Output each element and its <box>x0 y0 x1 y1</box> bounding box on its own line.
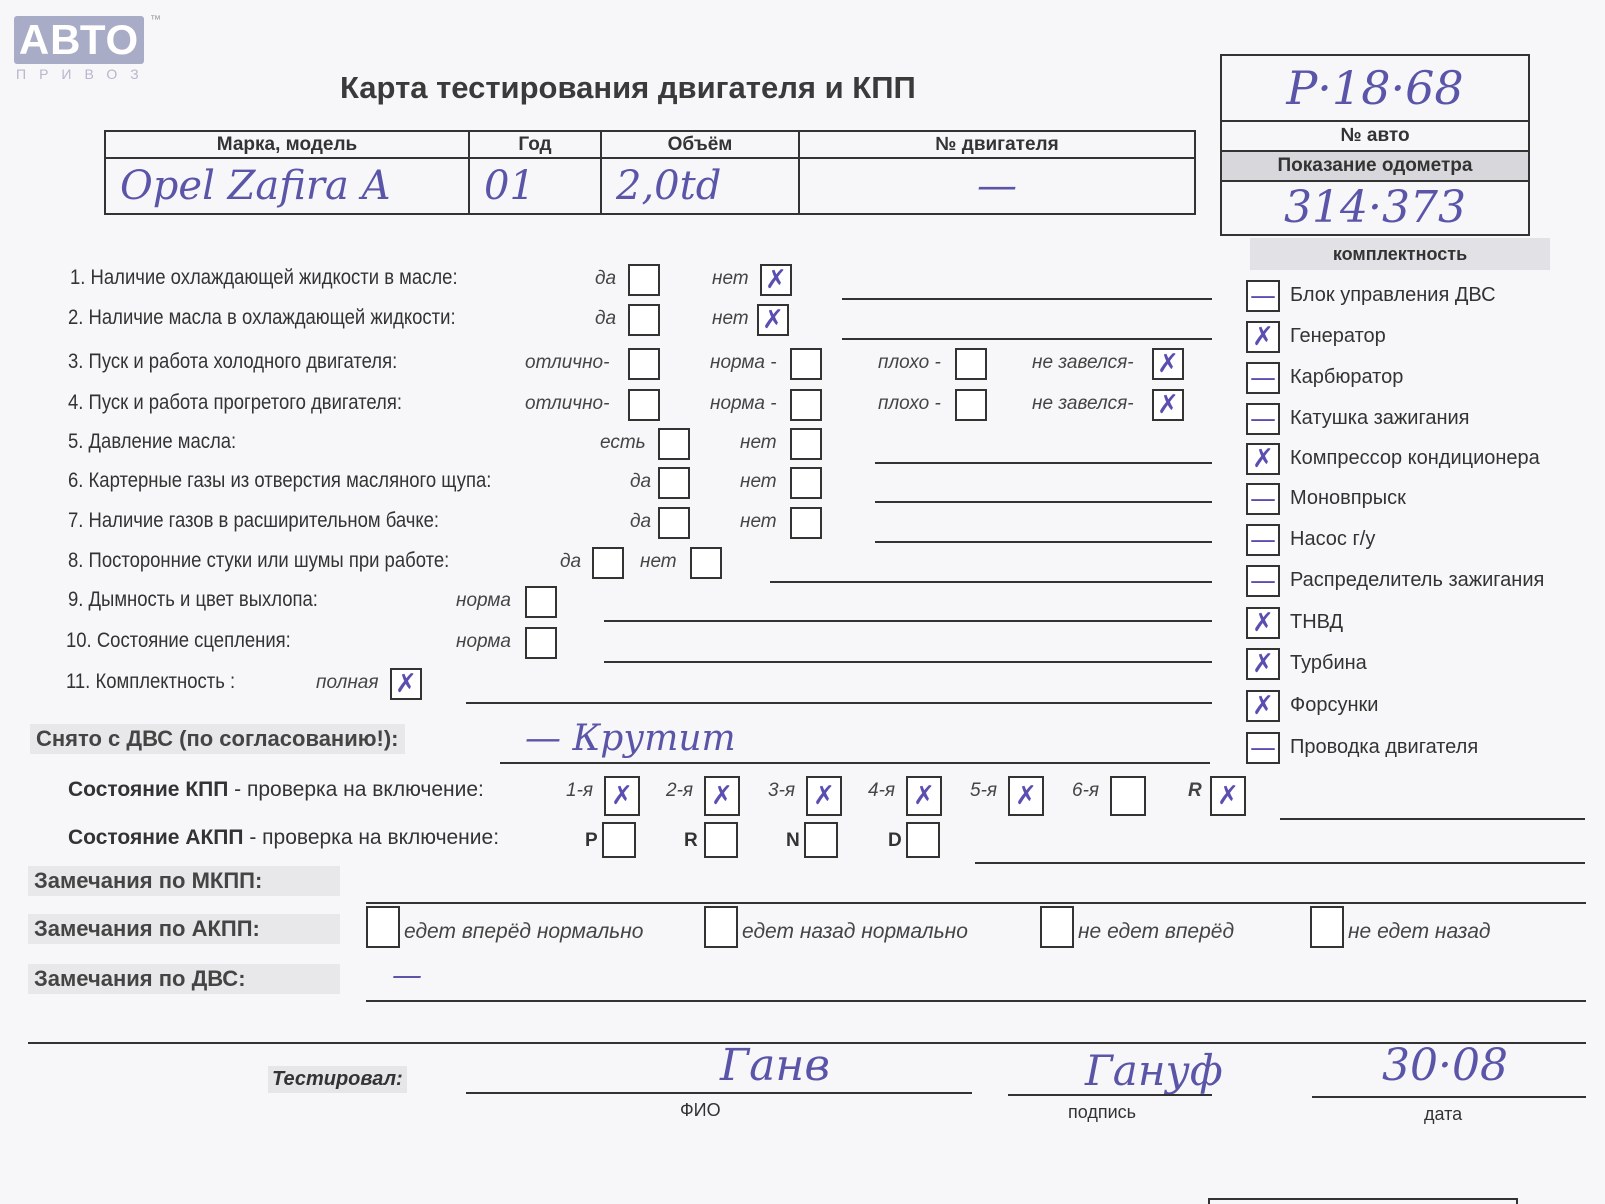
akpp-remark-label: едет назад нормально <box>742 920 968 944</box>
kpp-line <box>1280 818 1585 820</box>
question-3-checkbox[interactable] <box>628 348 660 380</box>
question-10-text: 10. Состояние сцепления: <box>66 629 291 653</box>
removed-line <box>500 762 1210 764</box>
question-7-checkbox[interactable] <box>790 507 822 539</box>
question-7-notes-line[interactable] <box>875 541 1212 543</box>
komplektnost-checkbox[interactable]: — <box>1246 362 1280 394</box>
question-3-option-label: не завелся- <box>1032 352 1134 374</box>
question-4-option-label: не завелся- <box>1032 393 1134 415</box>
question-2-checkbox[interactable]: ✗ <box>757 304 789 336</box>
question-5-notes-line[interactable] <box>875 462 1212 464</box>
year-value[interactable]: 01 <box>469 158 601 214</box>
question-6-option-label: да <box>630 471 651 493</box>
akpp-mode-P-checkbox[interactable] <box>602 822 636 858</box>
question-11-notes-line[interactable] <box>466 702 1212 704</box>
komplektnost-checkbox[interactable]: — <box>1246 565 1280 597</box>
question-3-checkbox[interactable] <box>790 348 822 380</box>
komplektnost-checkbox[interactable]: — <box>1246 732 1280 764</box>
akpp-label: Состояние АКПП - проверка на включение: <box>68 826 499 850</box>
question-2-notes-line[interactable] <box>842 338 1212 340</box>
auto-number-box: P·18·68 № авто Показание одометра 314·37… <box>1220 54 1530 236</box>
odometer-label: Показание одометра <box>1222 152 1528 182</box>
akpp-remark-checkbox[interactable] <box>1040 906 1074 948</box>
question-6-notes-line[interactable] <box>875 501 1212 503</box>
tested-label: Тестировал: <box>268 1066 407 1093</box>
page-title: Карта тестирования двигателя и КПП <box>340 70 916 106</box>
komplektnost-item-label: Турбина <box>1290 652 1367 675</box>
question-4-checkbox[interactable] <box>955 389 987 421</box>
akpp-remark-checkbox[interactable] <box>366 906 400 948</box>
komplektnost-item-label: Компрессор кондиционера <box>1290 447 1540 470</box>
logo-subtitle: ПРИВОЗ <box>16 66 152 82</box>
akpp-label-rest: - проверка на включение: <box>244 826 500 849</box>
volume-value[interactable]: 2,0td <box>601 158 799 214</box>
question-1-notes-line[interactable] <box>842 298 1212 300</box>
signature-caption: подпись <box>1068 1102 1136 1123</box>
remarks-dvs-value[interactable]: — <box>392 958 422 993</box>
remarks-mkpp-label: Замечания по МКПП: <box>28 866 340 896</box>
removed-label: Снято с ДВС (по согласованию!): <box>30 724 405 754</box>
auto-number-label: № авто <box>1222 122 1528 152</box>
gear-R-checkbox[interactable]: ✗ <box>1210 776 1246 816</box>
gear-1-я-label: 1-я <box>566 780 593 802</box>
col-header-model: Марка, модель <box>105 131 469 158</box>
question-7-option-label: да <box>630 511 651 533</box>
question-9-option-label: норма <box>456 590 511 612</box>
komplektnost-title: комплектность <box>1250 238 1550 270</box>
komplektnost-checkbox[interactable]: — <box>1246 280 1280 312</box>
komplektnost-item-label: Насос г/у <box>1290 528 1375 551</box>
model-value[interactable]: Opel Zafira A <box>105 158 469 214</box>
question-9-checkbox[interactable] <box>525 586 557 618</box>
komplektnost-checkbox[interactable]: — <box>1246 483 1280 515</box>
kpp-label: Состояние КПП - проверка на включение: <box>68 778 484 802</box>
remarks-dvs-label: Замечания по ДВС: <box>28 964 340 994</box>
gear-2-я-checkbox[interactable]: ✗ <box>704 776 740 816</box>
akpp-remark-label: едет вперёд нормально <box>404 920 643 944</box>
question-10-checkbox[interactable] <box>525 627 557 659</box>
question-1-option-label: нет <box>712 268 749 290</box>
remarks-mkpp-line[interactable] <box>366 902 1586 904</box>
question-7-option-label: нет <box>740 511 777 533</box>
question-3-text: 3. Пуск и работа холодного двигателя: <box>68 350 397 374</box>
question-1-option-label: да <box>595 268 616 290</box>
question-3-option-label: плохо - <box>878 352 941 374</box>
akpp-mode-R-label: R <box>684 830 698 852</box>
gear-3-я-checkbox[interactable]: ✗ <box>806 776 842 816</box>
col-header-volume: Объём <box>601 131 799 158</box>
question-4-option-label: отлично- <box>525 393 609 415</box>
akpp-mode-D-label: D <box>888 830 902 852</box>
gear-3-я-label: 3-я <box>768 780 795 802</box>
akpp-line <box>975 862 1585 864</box>
akpp-mode-R-checkbox[interactable] <box>704 822 738 858</box>
akpp-mode-N-checkbox[interactable] <box>804 822 838 858</box>
question-6-checkbox[interactable] <box>658 467 690 499</box>
komplektnost-item-label: Генератор <box>1290 325 1386 348</box>
logo-trademark: ™ <box>150 14 161 26</box>
akpp-mode-P-label: P <box>585 830 598 852</box>
akpp-remark-checkbox[interactable] <box>704 906 738 948</box>
logo: АВТО <box>14 16 144 64</box>
gear-6-я-checkbox[interactable] <box>1110 776 1146 816</box>
gear-6-я-label: 6-я <box>1072 780 1099 802</box>
komplektnost-item-label: Карбюратор <box>1290 366 1403 389</box>
tester-name[interactable]: Ганв <box>720 1040 830 1091</box>
question-5-option-label: нет <box>740 432 777 454</box>
komplektnost-checkbox[interactable]: ✗ <box>1246 607 1280 639</box>
gear-4-я-label: 4-я <box>868 780 895 802</box>
question-4-checkbox[interactable] <box>790 389 822 421</box>
vehicle-info-table: Марка, модель Год Объём № двигателя Opel… <box>104 130 1196 215</box>
remarks-akpp-label: Замечания по АКПП: <box>28 914 340 944</box>
date-line <box>1312 1096 1586 1098</box>
question-1-checkbox[interactable]: ✗ <box>760 264 792 296</box>
question-3-option-label: отлично- <box>525 352 609 374</box>
question-4-option-label: плохо - <box>878 393 941 415</box>
question-8-option-label: нет <box>640 551 677 573</box>
akpp-mode-N-label: N <box>786 830 800 852</box>
question-6-text: 6. Картерные газы из отверстия масляного… <box>68 469 491 493</box>
question-5-option-label: есть <box>600 432 646 454</box>
akpp-remark-label: не едет назад <box>1348 920 1490 944</box>
akpp-remark-checkbox[interactable] <box>1310 906 1344 948</box>
question-2-checkbox[interactable] <box>628 304 660 336</box>
gear-4-я-checkbox[interactable]: ✗ <box>906 776 942 816</box>
question-6-checkbox[interactable] <box>790 467 822 499</box>
question-8-text: 8. Посторонние стуки или шумы при работе… <box>68 549 449 573</box>
komplektnost-item-label: Форсунки <box>1290 694 1378 717</box>
question-5-text: 5. Давление масла: <box>68 430 236 454</box>
remarks-dvs-line <box>366 1000 1586 1002</box>
fio-caption: ФИО <box>680 1100 721 1121</box>
komplektnost-checkbox[interactable]: — <box>1246 403 1280 435</box>
komplektnost-item-label: Распределитель зажигания <box>1290 569 1544 592</box>
question-7-checkbox[interactable] <box>658 507 690 539</box>
komplektnost-checkbox[interactable]: ✗ <box>1246 648 1280 680</box>
komplektnost-checkbox[interactable]: ✗ <box>1246 690 1280 722</box>
akpp-remark-label: не едет вперёд <box>1078 920 1234 944</box>
question-5-checkbox[interactable] <box>658 428 690 460</box>
gear-1-я-checkbox[interactable]: ✗ <box>604 776 640 816</box>
question-11-option-label: полная <box>316 672 379 694</box>
question-4-text: 4. Пуск и работа прогретого двигателя: <box>68 391 402 415</box>
question-1-checkbox[interactable] <box>628 264 660 296</box>
komplektnost-checkbox[interactable]: ✗ <box>1246 321 1280 353</box>
signature-line <box>1008 1094 1212 1096</box>
odometer-value[interactable]: 314·373 <box>1222 182 1528 234</box>
komplektnost-item-label: Катушка зажигания <box>1290 407 1470 430</box>
question-11-checkbox[interactable]: ✗ <box>390 668 422 700</box>
question-1-text: 1. Наличие охлаждающей жидкости в масле: <box>70 266 458 290</box>
question-2-option-label: нет <box>712 308 749 330</box>
komplektnost-checkbox[interactable]: — <box>1246 524 1280 556</box>
kpp-label-rest: - проверка на включение: <box>228 778 484 801</box>
komplektnost-item-label: ТНВД <box>1290 611 1343 634</box>
question-2-text: 2. Наличие масла в охлаждающей жидкости: <box>68 306 456 330</box>
fio-line <box>466 1092 972 1094</box>
question-9-text: 9. Дымность и цвет выхлопа: <box>68 588 318 612</box>
removed-value[interactable]: — Крутит <box>525 718 736 759</box>
question-10-option-label: норма <box>456 631 511 653</box>
akpp-mode-D-checkbox[interactable] <box>906 822 940 858</box>
akpp-label-bold: Состояние АКПП <box>68 826 244 849</box>
komplektnost-checkbox[interactable]: ✗ <box>1246 443 1280 475</box>
question-4-option-label: норма - <box>710 393 777 415</box>
question-10-notes-line[interactable] <box>604 661 1212 663</box>
question-3-checkbox[interactable] <box>955 348 987 380</box>
question-8-checkbox[interactable] <box>592 547 624 579</box>
date-caption: дата <box>1424 1104 1462 1125</box>
question-4-checkbox[interactable]: ✗ <box>1152 389 1184 421</box>
komplektnost-item-label: Блок управления ДВС <box>1290 284 1496 307</box>
test-date[interactable]: 30·08 <box>1382 1040 1508 1091</box>
question-11-text: 11. Комплектность : <box>66 670 235 694</box>
komplektnost-item-label: Моновпрыск <box>1290 487 1406 510</box>
gear-R-label: R <box>1188 780 1202 802</box>
question-8-checkbox[interactable] <box>690 547 722 579</box>
question-4-checkbox[interactable] <box>628 389 660 421</box>
col-header-year: Год <box>469 131 601 158</box>
question-9-notes-line[interactable] <box>604 620 1212 622</box>
kpp-label-bold: Состояние КПП <box>68 778 228 801</box>
gear-2-я-label: 2-я <box>666 780 693 802</box>
gear-5-я-label: 5-я <box>970 780 997 802</box>
signature[interactable]: Гануф <box>1085 1046 1223 1095</box>
auto-number-value[interactable]: P·18·68 <box>1222 56 1528 122</box>
question-8-notes-line[interactable] <box>770 581 1212 583</box>
question-2-option-label: да <box>595 308 616 330</box>
question-3-option-label: норма - <box>710 352 777 374</box>
col-header-engine-no: № двигателя <box>799 131 1195 158</box>
komplektnost-item-label: Проводка двигателя <box>1290 736 1478 759</box>
question-8-option-label: да <box>560 551 581 573</box>
gear-5-я-checkbox[interactable]: ✗ <box>1008 776 1044 816</box>
stamp-box <box>1208 1198 1518 1204</box>
question-5-checkbox[interactable] <box>790 428 822 460</box>
engine-no-value[interactable]: — <box>799 158 1195 214</box>
question-6-option-label: нет <box>740 471 777 493</box>
question-7-text: 7. Наличие газов в расширительном бачке: <box>68 509 439 533</box>
question-3-checkbox[interactable]: ✗ <box>1152 348 1184 380</box>
